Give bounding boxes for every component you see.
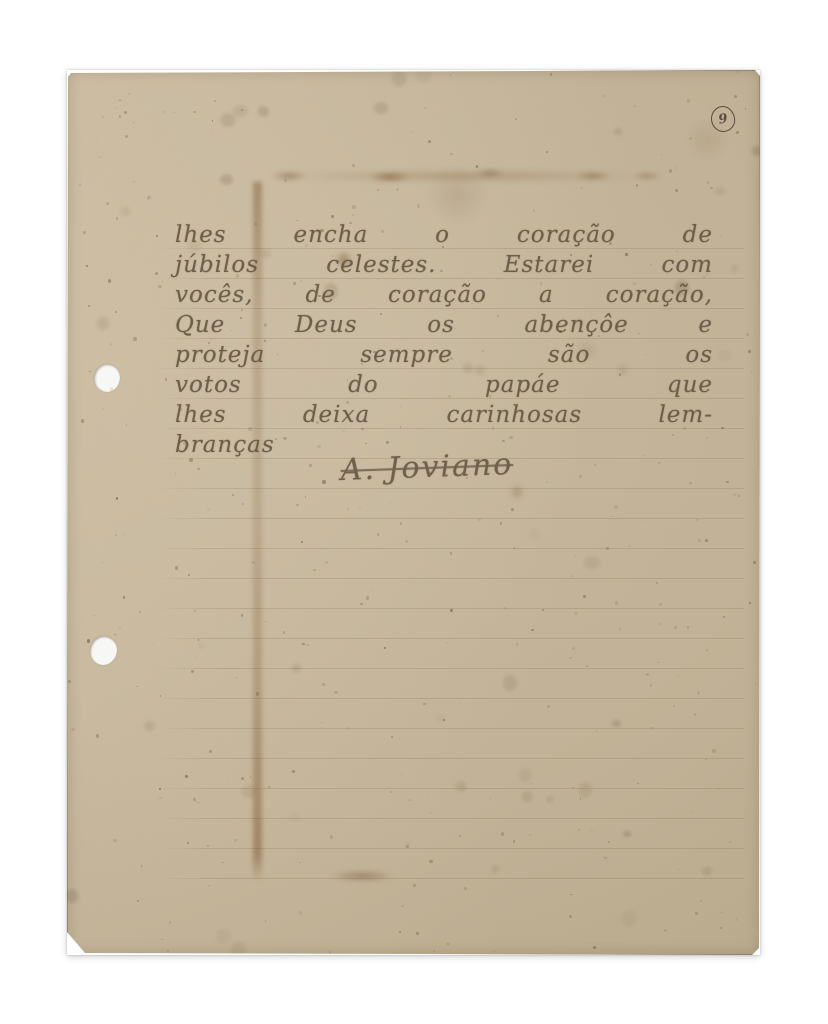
- letter-line: Que Deus os abençôe e: [175, 310, 713, 340]
- handwritten-text: lhes encha o coração de júbilos celestes…: [175, 220, 713, 460]
- stain-layer: [67, 70, 760, 955]
- letter-line: proteja sempre são os: [175, 340, 713, 370]
- page-number: 9: [717, 112, 728, 126]
- scan-background: lhes encha o coração de júbilos celestes…: [0, 0, 828, 1024]
- letter-line: vocês, de coração a coração,: [175, 280, 713, 310]
- letter-line: votos do papáe que: [175, 370, 713, 400]
- hole-punch-top: [94, 364, 120, 392]
- letter-line: júbilos celestes. Estarei com: [175, 250, 713, 280]
- letter-line: lhes deixa carinhosas lem-: [175, 400, 713, 430]
- letter-paper: lhes encha o coração de júbilos celestes…: [67, 70, 760, 955]
- letter-line: lhes encha o coração de: [175, 220, 713, 250]
